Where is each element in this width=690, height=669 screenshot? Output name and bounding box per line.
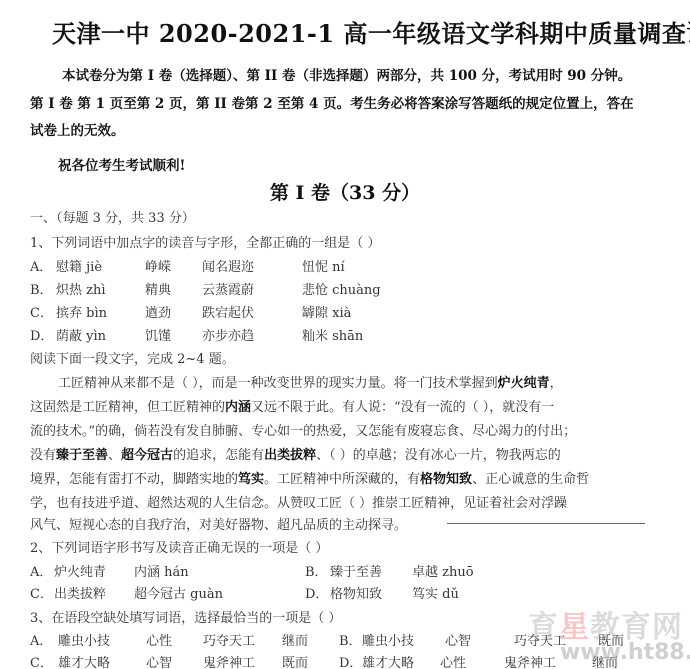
option-label: A．: [30, 561, 52, 580]
option-word: 饥馑: [145, 325, 171, 344]
bold-term: 笃实: [238, 472, 264, 487]
option-label: B．: [339, 630, 362, 649]
passage-line-7: 风气、短视心态的自我疗治，对美好器物、超凡品质的主动探寻。: [30, 514, 407, 533]
section-title: 第 I 卷（33 分）: [0, 178, 690, 205]
option-word: 心智: [146, 652, 172, 669]
option-word: 心性: [146, 630, 172, 649]
option-word: 格物知致: [330, 583, 382, 602]
part-heading: 一、（每题 3 分，共 33 分）: [30, 207, 195, 226]
bold-term: 出类拔粹: [264, 448, 316, 463]
option-word: 超今冠古 guàn: [134, 583, 223, 602]
option-label: D．: [30, 325, 53, 344]
text: 工匠精神从来都不是（ ），而是一种改变世界的现实力量。将一门技术掌握到: [58, 376, 498, 391]
option-word: 巧夺天工: [203, 630, 255, 649]
passage-line-2: 这固然是工匠精神，但工匠精神的内涵又远不限于此。有人说：“没有一流的（ ），就没…: [30, 396, 554, 415]
option-word: 雕虫小技: [362, 630, 414, 649]
bold-term: 内涵: [225, 400, 251, 415]
intro-line-2: 第 I 卷 第 1 页至第 2 页，第 II 卷第 2 至第 4 页。考生务必将…: [30, 92, 634, 112]
intro-line-1: 本试卷分为第 I 卷（选择题）、第 II 卷（非选择题）两部分，共 100 分，…: [62, 64, 631, 84]
bold-term: 臻于至善: [56, 448, 108, 463]
option-word: 雕虫小技: [58, 630, 110, 649]
text: 这固然是工匠精神，但工匠精神的: [30, 400, 225, 415]
text: 没有: [30, 448, 56, 463]
text: 境界，怎能有雷打不动，脚踏实地的: [30, 472, 238, 487]
option-label: A．: [30, 630, 52, 649]
option-word: 忸怩 ní: [302, 256, 345, 275]
q1-stem: 1、下列词语中加点字的读音与字形，全都正确的一组是（ ）: [30, 232, 380, 251]
option-word: 炉火纯青: [54, 561, 106, 580]
option-label: C．: [30, 583, 53, 602]
option-word: 笃实 dǔ: [412, 583, 459, 602]
option-word: 心智: [445, 630, 471, 649]
option-word: 闻名遐迩: [202, 256, 254, 275]
option-label: B．: [305, 561, 328, 580]
q3-stem: 3、在语段空缺处填写词语，选择最恰当的一项是（ ）: [30, 607, 341, 626]
option-word: 既而: [282, 652, 308, 669]
intro-line-3: 试卷上的无效。: [30, 119, 125, 139]
option-word: 鬼斧神工: [203, 652, 255, 669]
watermark-url: www.ht88.com: [560, 640, 690, 665]
option-word: 内涵 hán: [134, 561, 189, 580]
text: ，: [550, 376, 563, 391]
option-label: A．: [30, 256, 52, 275]
option-label: D．: [305, 583, 328, 602]
option-word: 炽热 zhì: [56, 279, 106, 298]
passage-line-4: 没有臻于至善、超今冠古的追求，怎能有出类拔粹、（ ）的卓越；没有冰心一片，物我两…: [30, 444, 561, 463]
text: 、: [108, 448, 121, 463]
option-word: 籼米 shān: [302, 325, 363, 344]
passage-instruction: 阅读下面一段文字，完成 2~4 题。: [30, 348, 235, 367]
option-word: 臻于至善: [330, 561, 382, 580]
option-word: 摈弃 bìn: [56, 302, 107, 321]
option-word: 悲怆 chuàng: [302, 279, 381, 298]
watermark-text: 育: [528, 610, 559, 645]
option-word: 荫蔽 yìn: [56, 325, 106, 344]
option-word: 继而: [282, 630, 308, 649]
text: 、（ ）的卓越；没有冰心一片，物我两忘的: [316, 448, 561, 463]
q2-stem: 2、下列词语字形书写及读音正确无误的一项是（ ）: [30, 537, 328, 556]
option-label: B．: [30, 279, 53, 298]
option-word: 出类拔粹: [54, 583, 106, 602]
text: 。工匠精神中所深藏的，有: [264, 472, 420, 487]
option-word: 雄才大略: [362, 652, 414, 669]
option-word: 鬼斧神工: [504, 652, 556, 669]
option-word: 心性: [440, 652, 466, 669]
option-word: 精典: [145, 279, 171, 298]
option-word: 遒劲: [145, 302, 171, 321]
option-word: 罅隙 xià: [302, 302, 351, 321]
option-word: 卓越 zhuō: [412, 561, 474, 580]
option-word: 雄才大略: [58, 652, 110, 669]
option-label: C．: [30, 302, 53, 321]
passage-line-3: 流的技术。”的确，倘若没有发自肺腑、专心如一的热爱，又怎能有废寝忘食、尽心竭力的…: [30, 420, 576, 439]
answer-blank-line: [447, 523, 645, 524]
option-word: 慰籍 jiè: [56, 256, 102, 275]
option-word: 云蒸霞蔚: [202, 279, 254, 298]
option-label: D．: [339, 652, 362, 669]
option-word: 亦步亦趋: [202, 325, 254, 344]
text: 、正心诚意的生命哲: [472, 472, 589, 487]
passage-line-1: 工匠精神从来都不是（ ），而是一种改变世界的现实力量。将一门技术掌握到炉火纯青，: [58, 372, 563, 391]
option-word: 跌宕起伏: [202, 302, 254, 321]
exam-title: 天津一中 2020-2021-1 高一年级语文学科期中质量调查试卷: [52, 14, 690, 49]
text: 又远不限于此。有人说：“没有一流的（ ），就没有一: [251, 400, 554, 415]
text: 的追求，怎能有: [173, 448, 264, 463]
bold-term: 超今冠古: [121, 448, 173, 463]
option-label: C．: [30, 652, 53, 669]
passage-line-5: 境界，怎能有雷打不动，脚踏实地的笃实。工匠精神中所深藏的，有格物知致、正心诚意的…: [30, 468, 589, 487]
bold-term: 格物知致: [420, 472, 472, 487]
option-word: 峥嵘: [145, 256, 171, 275]
wish-text: 祝各位考生考试顺利!: [58, 154, 185, 174]
bold-term: 炉火纯青: [498, 376, 550, 391]
passage-line-6: 学，也有技进乎道、超然达观的人生信念。从赞叹工匠（ ）推崇工匠精神，见证着社会对…: [30, 492, 567, 511]
